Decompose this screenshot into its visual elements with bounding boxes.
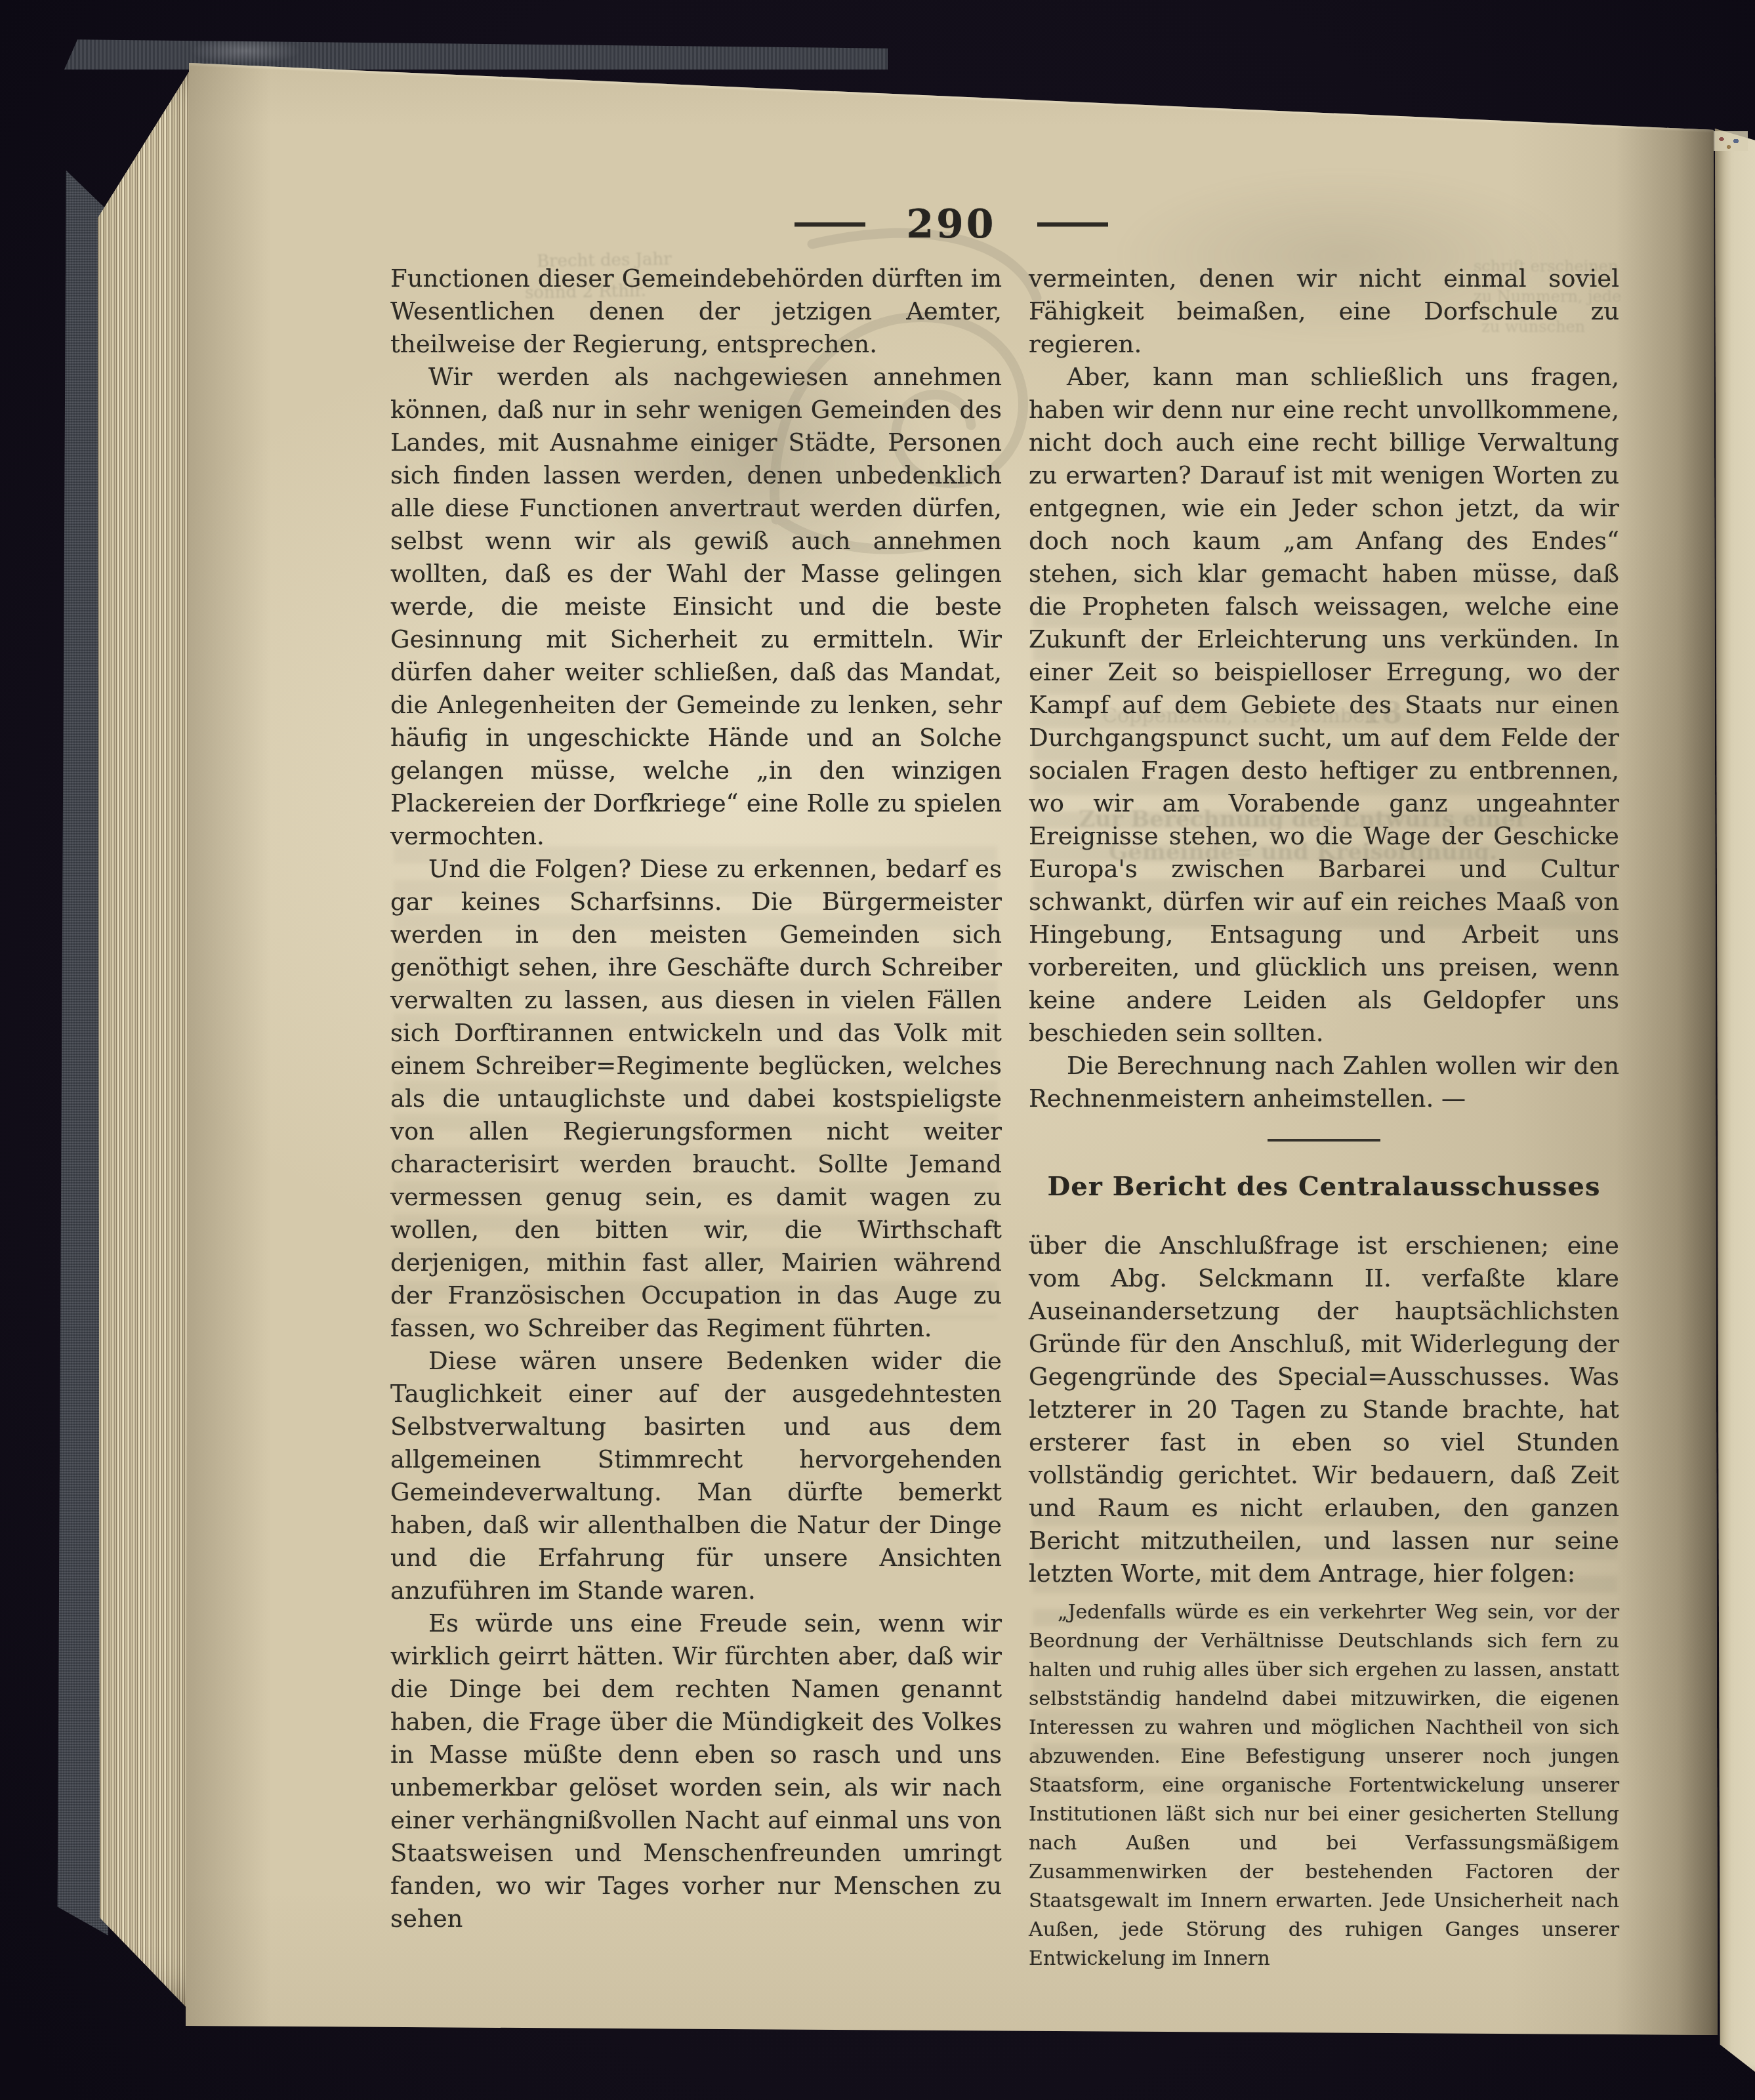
- quoted-report-excerpt: „Jedenfalls würde es ein verkehrter Weg …: [1029, 1598, 1619, 1973]
- page-header: 290: [623, 193, 1279, 256]
- marbled-edge: [1714, 131, 1748, 151]
- adjacent-page-sliver: [1712, 129, 1755, 2072]
- section-divider: [1268, 1139, 1380, 1142]
- paragraph: Aber, kann man schließlich uns fragen, h…: [1029, 361, 1619, 1050]
- book-page: Brecht des Jahr sonnd 2 Rthlr. schrift e…: [0, 0, 1755, 2100]
- left-text-column: Functionen dieser Gemeindebehörden dürft…: [390, 262, 1002, 1935]
- paragraph: Diese wären unsere Bedenken wider die Ta…: [390, 1345, 1002, 1607]
- header-dash-right: [1037, 222, 1108, 226]
- book-cover-edge-top: [64, 35, 888, 70]
- right-text-column: vermeinten, denen wir nicht einmal sovie…: [1029, 262, 1619, 1973]
- page-edge-stack: [91, 62, 194, 2015]
- paragraph: Es würde uns eine Freude sein, wenn wir …: [390, 1607, 1002, 1935]
- paragraph: über die Anschlußfrage ist erschienen; e…: [1029, 1229, 1619, 1590]
- photographed-book-scene: Brecht des Jahr sonnd 2 Rthlr. schrift e…: [0, 0, 1755, 2100]
- paragraph: vermeinten, denen wir nicht einmal sovie…: [1029, 262, 1619, 361]
- gutter-shadow: [1615, 92, 1719, 2040]
- paragraph: Die Berechnung nach Zahlen wollen wir de…: [1029, 1050, 1619, 1115]
- paragraph: Functionen dieser Gemeindebehörden dürft…: [390, 262, 1002, 361]
- header-dash-left: [795, 222, 865, 226]
- page-number: 290: [906, 201, 996, 247]
- page-left-shading: [186, 58, 271, 2032]
- paragraph: Wir werden als nachgewiesen annehmen kön…: [390, 361, 1002, 853]
- section-heading: Der Bericht des Centralausschusses: [1029, 1170, 1619, 1203]
- paragraph: Und die Folgen? Diese zu erkennen, bedar…: [390, 853, 1002, 1345]
